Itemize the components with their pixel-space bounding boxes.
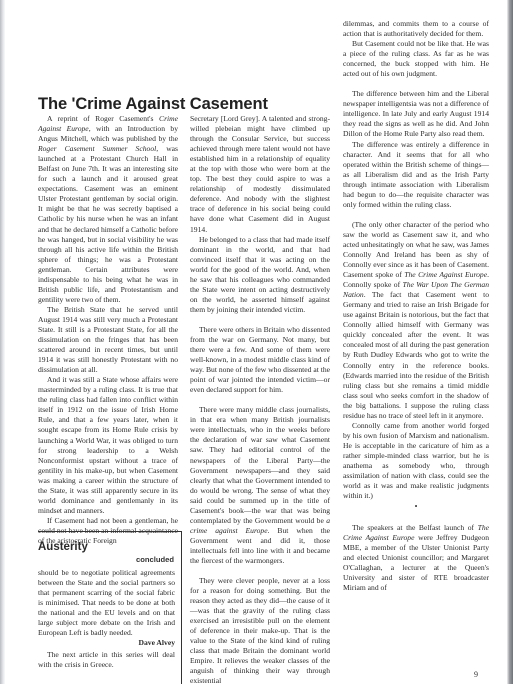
paragraph: The difference between him and the Liber… xyxy=(343,89,489,139)
paragraph: A reprint of Roger Casement's Crime Agai… xyxy=(38,114,178,305)
article-title: The 'Crime Against Casement xyxy=(38,95,268,114)
paragraph: And it was still a State whose affairs w… xyxy=(38,375,178,516)
paragraph: The difference was entirely a difference… xyxy=(343,140,489,210)
paragraph: They were clever people, never at a loss… xyxy=(190,576,330,684)
paragraph: dilemmas, and commits them to a course o… xyxy=(343,19,489,39)
paragraph: There were many middle class journalists… xyxy=(190,405,330,566)
page-number: 9 xyxy=(474,670,478,679)
column-3: dilemmas, and commits them to a course o… xyxy=(343,19,489,593)
paragraph: There were others in Britain who dissent… xyxy=(190,325,330,395)
paragraph: should be to negotiate political agreeme… xyxy=(38,568,175,638)
paragraph: But Casement could not be like that. He … xyxy=(343,39,489,79)
column-2: Secretary [Lord Grey]. A talented and st… xyxy=(190,114,330,684)
page-edge-left xyxy=(0,0,5,684)
paragraph: The British State that he served until A… xyxy=(38,305,178,375)
column-1: A reprint of Roger Casement's Crime Agai… xyxy=(38,114,178,546)
box-title: Austerity xyxy=(38,541,88,553)
paragraph: The next article in this series will dea… xyxy=(38,650,175,670)
paragraph: Connolly came from another world forged … xyxy=(343,421,489,501)
box-body: should be to negotiate political agreeme… xyxy=(38,568,175,670)
paragraph: (The only other character of the period … xyxy=(343,220,489,421)
separator-bullet: • xyxy=(343,501,489,513)
box-subtitle: concluded xyxy=(100,555,174,564)
paragraph: The speakers at the Belfast launch of Th… xyxy=(343,523,489,593)
paragraph: He belonged to a class that had made its… xyxy=(190,235,330,315)
paragraph: Secretary [Lord Grey]. A talented and st… xyxy=(190,114,330,235)
page-edge-right xyxy=(507,0,513,684)
author-signature: Dave Alvey xyxy=(38,638,175,648)
